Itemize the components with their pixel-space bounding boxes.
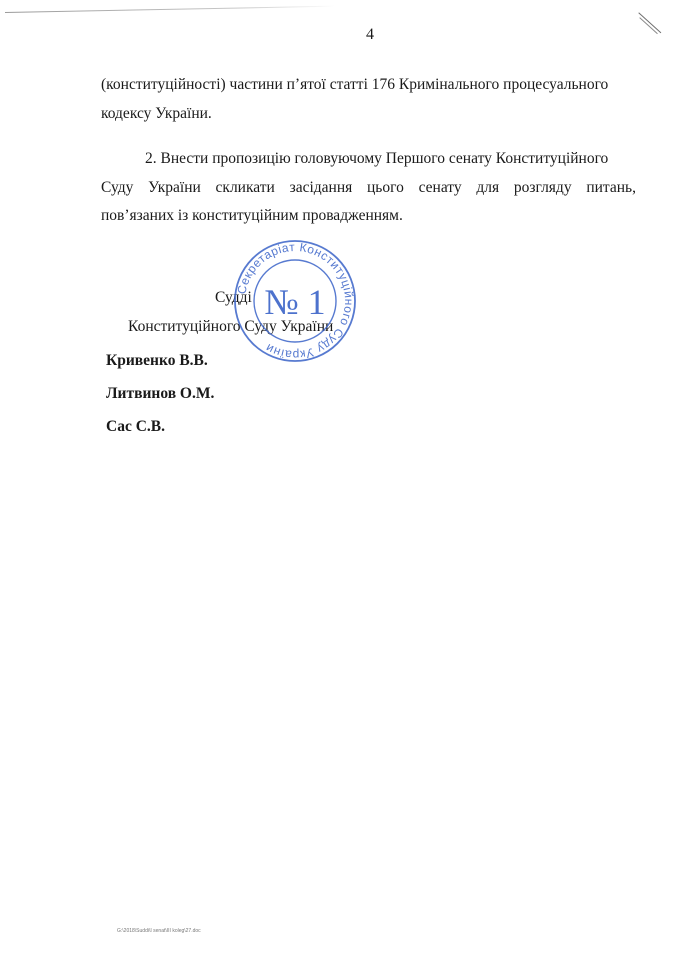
judge-name: Литвинов О.М. — [106, 385, 214, 403]
paragraph2-line2: Суду України скликати засідання цього се… — [101, 179, 636, 197]
stamp-seal-icon: Секретаріат Конституційного Суду України… — [232, 238, 358, 364]
paragraph1-line2: кодексу України. — [101, 105, 212, 123]
footer-file-path: G:\2018\Suddi\I senat\III koleg\27.doc — [117, 928, 201, 934]
page-number: 4 — [360, 26, 380, 44]
judge-name: Сас С.В. — [106, 418, 165, 436]
judge-name: Кривенко В.В. — [106, 352, 208, 370]
paragraph2-line3: пов’язаних із конституційним провадження… — [101, 207, 403, 225]
stamp-center-text: № 1 — [264, 282, 325, 322]
paragraph2-line1: 2. Внести пропозицію головуючому Першого… — [145, 150, 608, 168]
scan-edge-line — [5, 6, 335, 13]
paragraph1-line1: (конституційності) частини п’ятої статті… — [101, 76, 608, 94]
staple-mark — [637, 12, 661, 34]
official-stamp: Секретаріат Конституційного Суду України… — [232, 238, 358, 364]
